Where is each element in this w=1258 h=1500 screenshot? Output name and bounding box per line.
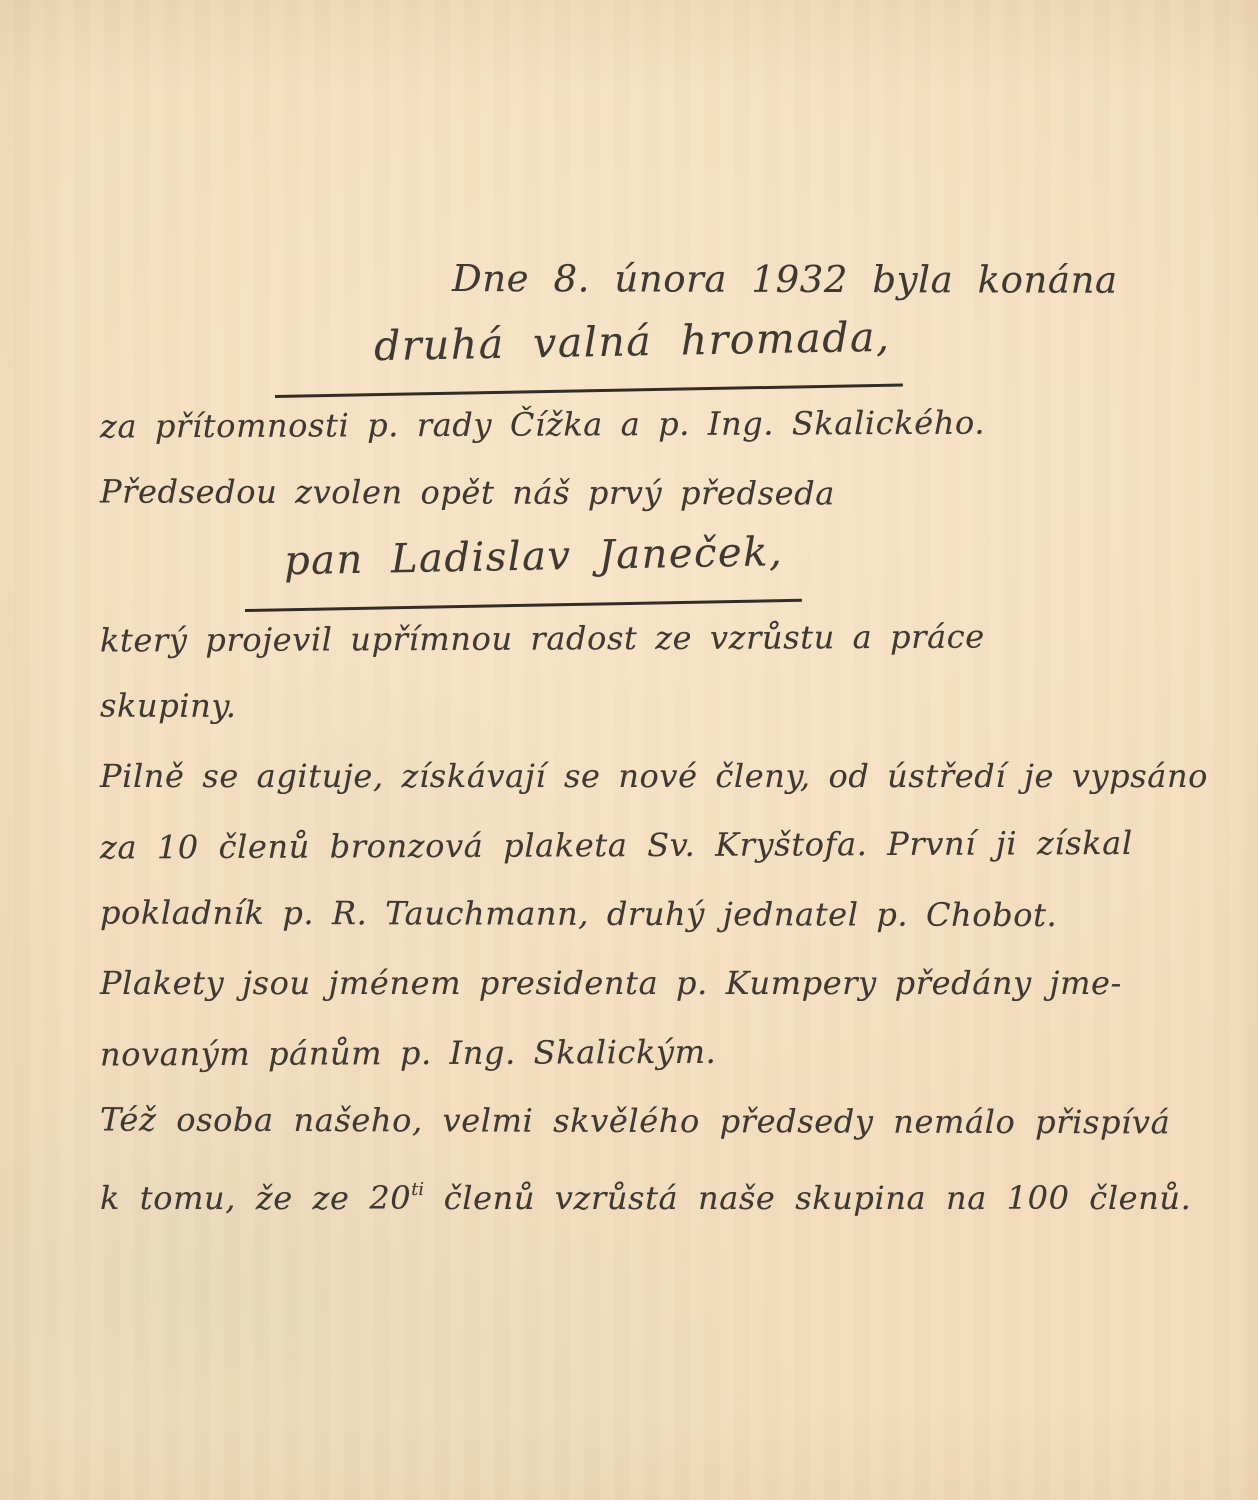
- text-segment: novaným pánům p. Ing. Skalickým.: [100, 1033, 717, 1074]
- text-segment: Předsedou zvolen opět náš prvý předseda: [100, 473, 835, 513]
- handwritten-line: k tomu, že ze 20ti členů vzrůstá naše sk…: [100, 1156, 1228, 1225]
- line-text: který projevil upřímnou radost ze vzrůst…: [100, 603, 985, 676]
- text-segment: pokladník p. R. Tauchmann, druhý jednate…: [100, 894, 1057, 935]
- text-segment: druhá valná hromada,: [374, 313, 891, 370]
- text-segment: který projevil upřímnou radost ze vzrůst…: [100, 618, 985, 660]
- underlined-heading-text: pan Ladislav Janeček,: [243, 518, 802, 612]
- document-page: Dne 8. února 1932 byla konánadruhá valná…: [0, 0, 1258, 1500]
- text-segment: za 10 členů bronzová plaketa Sv. Kryštof…: [100, 824, 1133, 867]
- text-segment: za přítomnosti p. rady Čížka a p. Ing. S…: [100, 404, 985, 446]
- superscript-text: ti: [411, 1180, 424, 1200]
- text-segment: Též osoba našeho, velmi skvělého předsed…: [100, 1101, 1170, 1142]
- line-text: pokladník p. R. Tauchmann, druhý jednate…: [100, 879, 1058, 951]
- line-text: Též osoba našeho, velmi skvělého předsed…: [100, 1086, 1170, 1158]
- handwritten-heading-line: pan Ladislav Janeček,: [245, 528, 1228, 604]
- line-text: novaným pánům p. Ing. Skalickým.: [100, 1018, 717, 1090]
- handwritten-line: novaným pánům p. Ing. Skalickým.: [100, 1016, 1228, 1090]
- handwritten-line: za 10 členů bronzová plaketa Sv. Kryštof…: [100, 809, 1228, 883]
- underlined-heading-text: druhá valná hromada,: [273, 302, 903, 398]
- text-segment: skupiny.: [100, 687, 237, 725]
- text-segment: členů vzrůstá naše skupina na 100 členů.: [424, 1179, 1191, 1217]
- handwritten-line: pokladník p. R. Tauchmann, druhý jednate…: [100, 879, 1228, 951]
- handwritten-line: skupiny.: [100, 672, 1228, 744]
- text-segment: Dne 8. února 1932 byla konána: [452, 257, 1118, 302]
- text-segment: pan Ladislav Janeček,: [284, 529, 784, 584]
- text-segment: k tomu, že ze 20: [100, 1179, 411, 1217]
- handwritten-line: Předsedou zvolen opět náš prvý předseda: [100, 458, 1228, 530]
- line-text: Předsedou zvolen opět náš prvý předseda: [100, 458, 835, 529]
- line-text: za 10 členů bronzová plaketa Sv. Kryštof…: [100, 809, 1133, 883]
- handwritten-line: Též osoba našeho, velmi skvělého předsed…: [100, 1086, 1228, 1158]
- line-text: skupiny.: [100, 672, 237, 741]
- handwritten-line: Plakety jsou jménem presidenta p. Kumper…: [100, 949, 1228, 1018]
- handwritten-line: Pilně se agituje, získávají se nové člen…: [100, 742, 1228, 811]
- handwritten-line: který projevil upřímnou radost ze vzrůst…: [100, 602, 1228, 676]
- line-text: Pilně se agituje, získávají se nové člen…: [100, 742, 1208, 811]
- handwritten-heading-line: druhá valná hromada,: [275, 314, 1228, 390]
- line-text: za přítomnosti p. rady Čížka a p. Ing. S…: [100, 389, 985, 462]
- handwritten-line: za přítomnosti p. rady Čížka a p. Ing. S…: [100, 388, 1228, 462]
- text-segment: Plakety jsou jménem presidenta p. Kumper…: [100, 964, 1122, 1002]
- handwriting-block: Dne 8. února 1932 byla konánadruhá valná…: [0, 245, 1258, 1225]
- line-text: Plakety jsou jménem presidenta p. Kumper…: [100, 949, 1122, 1018]
- text-segment: Pilně se agituje, získávají se nové člen…: [100, 757, 1208, 795]
- line-text: k tomu, že ze 20ti členů vzrůstá naše sk…: [100, 1156, 1191, 1233]
